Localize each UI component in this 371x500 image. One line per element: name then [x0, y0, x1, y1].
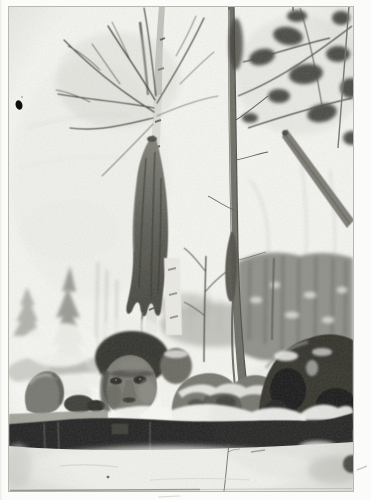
- scan-edge: [0, 0, 2, 500]
- film-speck-artifact: [21, 96, 23, 98]
- photo-canvas: [0, 0, 371, 500]
- film-grain: [9, 7, 353, 491]
- photograph: [0, 0, 371, 500]
